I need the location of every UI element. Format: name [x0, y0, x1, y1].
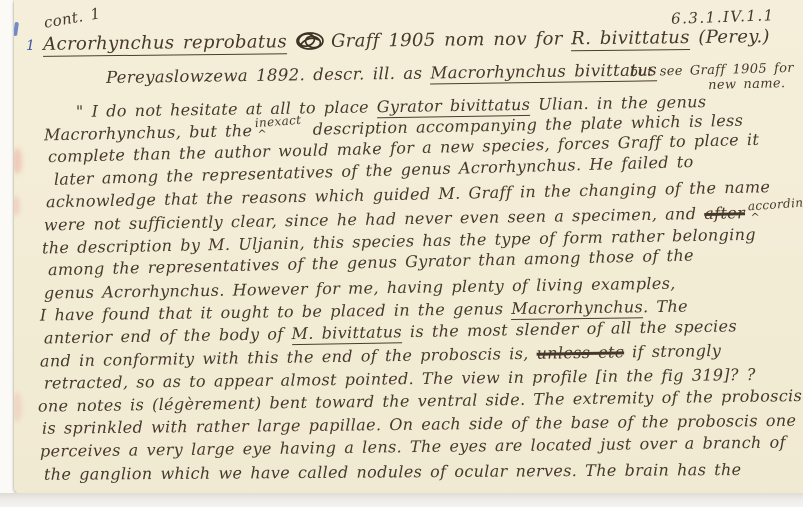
- authority-text: Graff 1905 nom nov for: [331, 28, 563, 51]
- scan-edge-shadow: [0, 493, 803, 507]
- line-text: Macrorhynchus, but the: [44, 121, 253, 144]
- reference-citation: Pereyaslowzewa 1892. descr. ill. as: [106, 63, 431, 87]
- species-name: Acrorhynchus reprobatus: [43, 31, 287, 57]
- line-text: anterior end of the body of: [44, 324, 292, 347]
- catalog-number: 6.3.1.IV.1.1: [671, 6, 775, 28]
- reference-line: Pereyaslowzewa 1892. descr. ill. as Macr…: [106, 60, 657, 87]
- corner-note: cont. 1: [42, 4, 101, 32]
- struck-out-word: unless etc: [536, 342, 624, 362]
- line-text: . The: [643, 297, 688, 317]
- line-text: if strongly: [624, 340, 721, 361]
- line-text: " I do not hesitate at all to place: [76, 97, 377, 121]
- underlined-term: M. bivittatus: [291, 322, 402, 345]
- struck-out-word: after: [704, 203, 745, 223]
- circled-scribble-icon: [295, 35, 325, 56]
- line-text: Ulian. in the genus: [530, 92, 706, 114]
- reference-species: Macrorhynchus bivittatus: [430, 60, 657, 84]
- line-text: the ganglion which we have called nodule…: [44, 459, 742, 483]
- inserted-word: inexact: [255, 112, 302, 129]
- author-abbrev: (Perey.): [698, 26, 770, 48]
- scan-background: cont. 1 6.3.1.IV.1.1 1Acrorhynchus repro…: [0, 0, 803, 507]
- body-lines: " I do not hesitate at all to place Gyra…: [14, 103, 803, 487]
- margin-annotation: but see Graff 1905 for new name.: [630, 61, 795, 95]
- species-heading: 1Acrorhynchus reprobatus Graff 1905 nom …: [26, 26, 770, 59]
- synonym-name: R. bivittatus: [571, 27, 690, 51]
- index-tick: 1: [26, 38, 35, 54]
- underlined-term: Macrorhynchus: [511, 298, 643, 321]
- handwritten-line: the ganglion which we have called nodule…: [14, 459, 803, 487]
- blue-edge-mark: [14, 22, 19, 36]
- index-card: cont. 1 6.3.1.IV.1.1 1Acrorhynchus repro…: [14, 0, 803, 494]
